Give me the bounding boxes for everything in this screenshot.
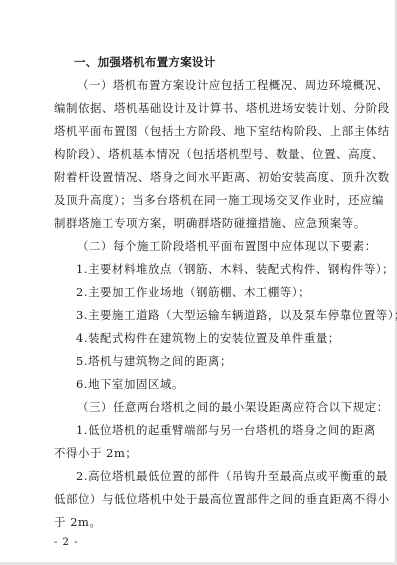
text-line: 及顶升高度）；当多台塔机在同一施工现场交叉作业时，还应编 bbox=[54, 193, 384, 207]
text-line: （二）每个施工阶段塔机平面布置图中应体现以下要素： bbox=[77, 239, 377, 253]
text-line: 4.装配式构件在建筑物上的安装位置及单件重量； bbox=[76, 331, 340, 345]
page-number: - 2 - bbox=[54, 537, 78, 548]
document-page: 一、加强塔机布置方案设计（一）塔机布置方案设计应包括工程概况、周边环境概况、编制… bbox=[0, 0, 396, 562]
text-line: 3.主要施工道路（大型运输车辆道路，以及泵车停靠位置等）； bbox=[76, 308, 397, 322]
text-line: 1.主要材料堆放点（钢筋、木料、装配式构件、钢构件等）； bbox=[76, 262, 394, 276]
text-line: （一）塔机布置方案设计应包括工程概况、周边环境概况、 bbox=[77, 78, 389, 92]
text-line: 1.低位塔机的起重臂端部与另一台塔机的塔身之间的距离 bbox=[76, 423, 376, 437]
text-line: 塔机平面布置图（包括土方阶段、地下室结构阶段、上部主体结 bbox=[54, 124, 390, 138]
text-line: 编制依据、塔机基础设计及计算书、塔机进场安装计划、分阶段 bbox=[54, 101, 390, 115]
text-line: 6.地下室加固区域。 bbox=[76, 377, 184, 391]
text-line: 2.主要加工作业场地（钢筋棚、木工棚等）； bbox=[76, 285, 310, 299]
text-line: 不得小于 2m； bbox=[54, 446, 137, 460]
text-line: 构阶段）、塔机基本情况（包括塔机型号、数量、位置、高度、 bbox=[54, 147, 384, 161]
section-heading: 一、加强塔机布置方案设计 bbox=[74, 55, 216, 69]
text-line: 制群塔施工专项方案，明确群塔防碰撞措施、应急预案等。 bbox=[54, 216, 366, 230]
text-line: 于 2m。 bbox=[54, 515, 101, 529]
text-line: 2.高位塔机最低位置的部件（吊钩升至最高点或平衡重的最 bbox=[76, 469, 388, 483]
text-line: （三）任意两台塔机之间的最小架设距离应符合以下规定： bbox=[77, 400, 389, 414]
text-line: 5.塔机与建筑物之间的距离； bbox=[76, 354, 232, 368]
text-line: 附着杆设置情况、塔身之间水平距离、初始安装高度、顶升次数 bbox=[54, 170, 390, 184]
text-line: 低部位）与低位塔机中处于最高位置部件之间的垂直距离不得小 bbox=[54, 492, 390, 506]
